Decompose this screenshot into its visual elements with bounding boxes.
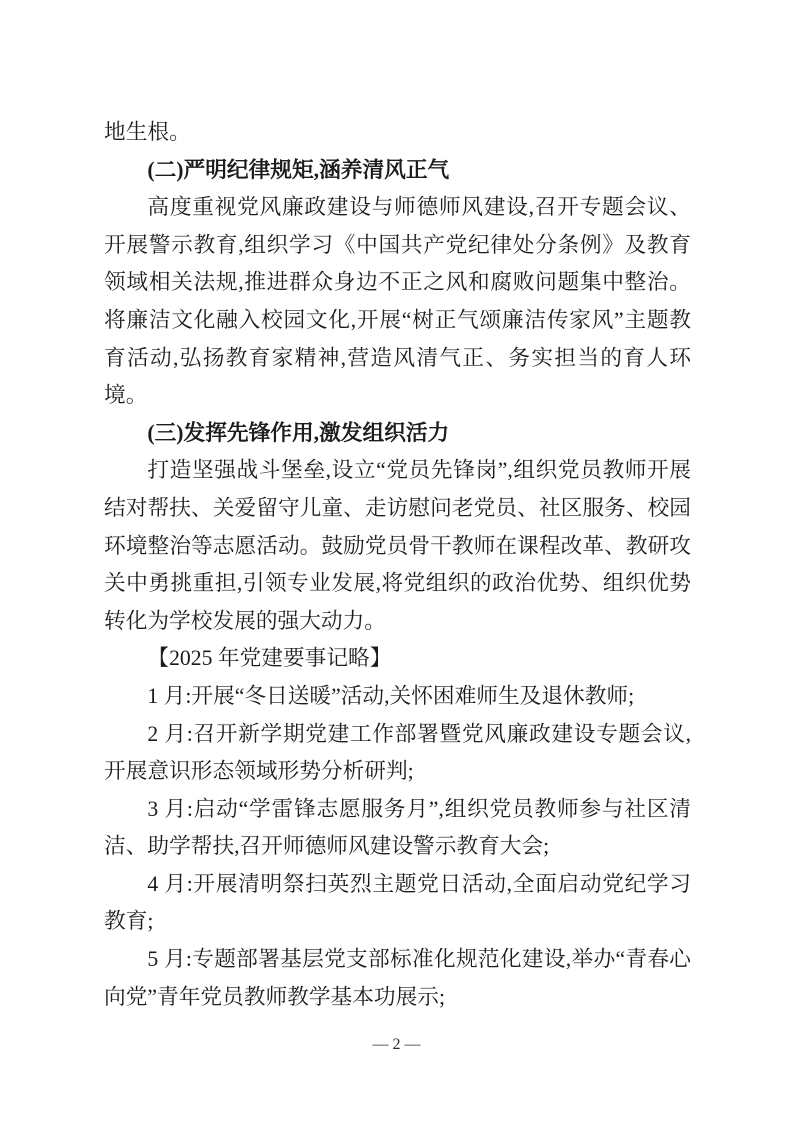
- section-heading-3: (三)发挥先锋作用,激发组织活力: [104, 415, 691, 453]
- paragraph-month-january: 1 月:开展“冬日送暖”活动,关怀困难师生及退休教师;: [104, 678, 691, 716]
- document-page: 地生根。 (二)严明纪律规矩,涵养清风正气 高度重视党风廉政建设与师德师风建设,…: [0, 0, 793, 1122]
- paragraph-chronicle-title: 【2025 年党建要事记略】: [104, 640, 691, 678]
- paragraph-month-may: 5 月:专题部署基层党支部标准化规范化建设,举办“青春心向党”青年党员教师教学基…: [104, 941, 691, 1016]
- paragraph-month-april: 4 月:开展清明祭扫英烈主题党日活动,全面启动党纪学习教育;: [104, 866, 691, 941]
- page-footer: — 2 —: [0, 1033, 793, 1057]
- paragraph-month-march: 3 月:启动“学雷锋志愿服务月”,组织党员教师参与社区清洁、助学帮扶,召开师德师…: [104, 791, 691, 866]
- paragraph-continuation: 地生根。: [104, 114, 691, 152]
- paragraph-month-february: 2 月:召开新学期党建工作部署暨党风廉政建设专题会议,开展意识形态领域形势分析研…: [104, 716, 691, 791]
- paragraph: 打造坚强战斗堡垒,设立“党员先锋岗”,组织党员教师开展结对帮扶、关爱留守儿童、走…: [104, 452, 691, 640]
- page-number: — 2 —: [373, 1036, 421, 1053]
- document-body: 地生根。 (二)严明纪律规矩,涵养清风正气 高度重视党风廉政建设与师德师风建设,…: [104, 114, 691, 1016]
- paragraph: 高度重视党风廉政建设与师德师风建设,召开专题会议、开展警示教育,组织学习《中国共…: [104, 189, 691, 415]
- section-heading-2: (二)严明纪律规矩,涵养清风正气: [104, 152, 691, 190]
